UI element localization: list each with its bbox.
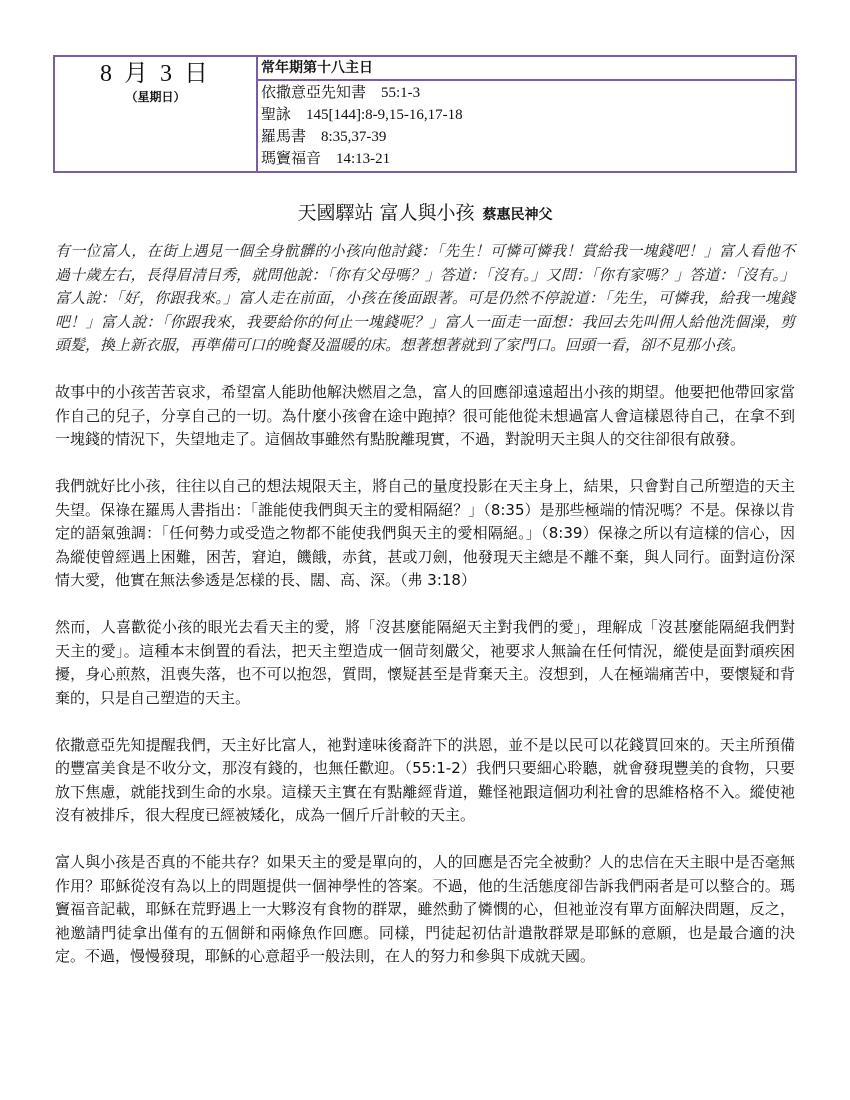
weekday: （星期日） bbox=[55, 89, 256, 105]
paragraph: 然而，人喜歡從小孩的眼光去看天主的愛，將「沒甚麼能隔絕天主對我們的愛」，理解成「… bbox=[55, 616, 795, 710]
paragraph: 富人與小孩是否真的不能共存？如果天主的愛是單向的，人的回應是否完全被動？人的忠信… bbox=[55, 851, 795, 969]
reading-gospel: 瑪竇福音 14:13-21 bbox=[261, 148, 795, 170]
paragraph: 依撒意亞先知提醒我們，天主好比富人，祂對達味後裔許下的洪恩，並不是以民可以花錢買… bbox=[55, 734, 795, 828]
reading-second: 羅馬書 8:35,37-39 bbox=[261, 126, 795, 148]
article-heading: 天國驛站 富人與小孩蔡惠民神父 bbox=[0, 198, 850, 225]
date: 8 月 3 日 bbox=[55, 59, 256, 89]
article-body: 有一位富人，在街上遇見一個全身骯髒的小孩向他討錢：「先生！可憐可憐我！賞給我一塊… bbox=[55, 240, 795, 992]
paragraph-story: 有一位富人，在街上遇見一個全身骯髒的小孩向他討錢：「先生！可憐可憐我！賞給我一塊… bbox=[55, 240, 795, 358]
liturgy-header-table: 8 月 3 日 （星期日） 常年期第十八主日 依撒意亞先知書 55:1-3 聖詠… bbox=[53, 55, 797, 173]
document-page: 8 月 3 日 （星期日） 常年期第十八主日 依撒意亞先知書 55:1-3 聖詠… bbox=[0, 0, 850, 1100]
article-author: 蔡惠民神父 bbox=[483, 207, 553, 223]
readings-cell: 常年期第十八主日 依撒意亞先知書 55:1-3 聖詠 145[144]:8-9,… bbox=[258, 57, 795, 171]
paragraph: 故事中的小孩苦苦哀求，希望富人能助他解決燃眉之急，富人的回應卻遠遠超出小孩的期望… bbox=[55, 381, 795, 452]
article-title: 天國驛站 富人與小孩 bbox=[297, 202, 474, 224]
paragraph: 我們就好比小孩，往往以自己的想法規限天主，將自己的量度投影在天主身上，結果，只會… bbox=[55, 475, 795, 593]
reading-psalm: 聖詠 145[144]:8-9,15-16,17-18 bbox=[261, 104, 795, 126]
date-cell: 8 月 3 日 （星期日） bbox=[55, 57, 258, 171]
reading-first: 依撒意亞先知書 55:1-3 bbox=[261, 82, 795, 104]
sunday-title: 常年期第十八主日 bbox=[258, 57, 795, 81]
readings-list: 依撒意亞先知書 55:1-3 聖詠 145[144]:8-9,15-16,17-… bbox=[258, 81, 795, 170]
